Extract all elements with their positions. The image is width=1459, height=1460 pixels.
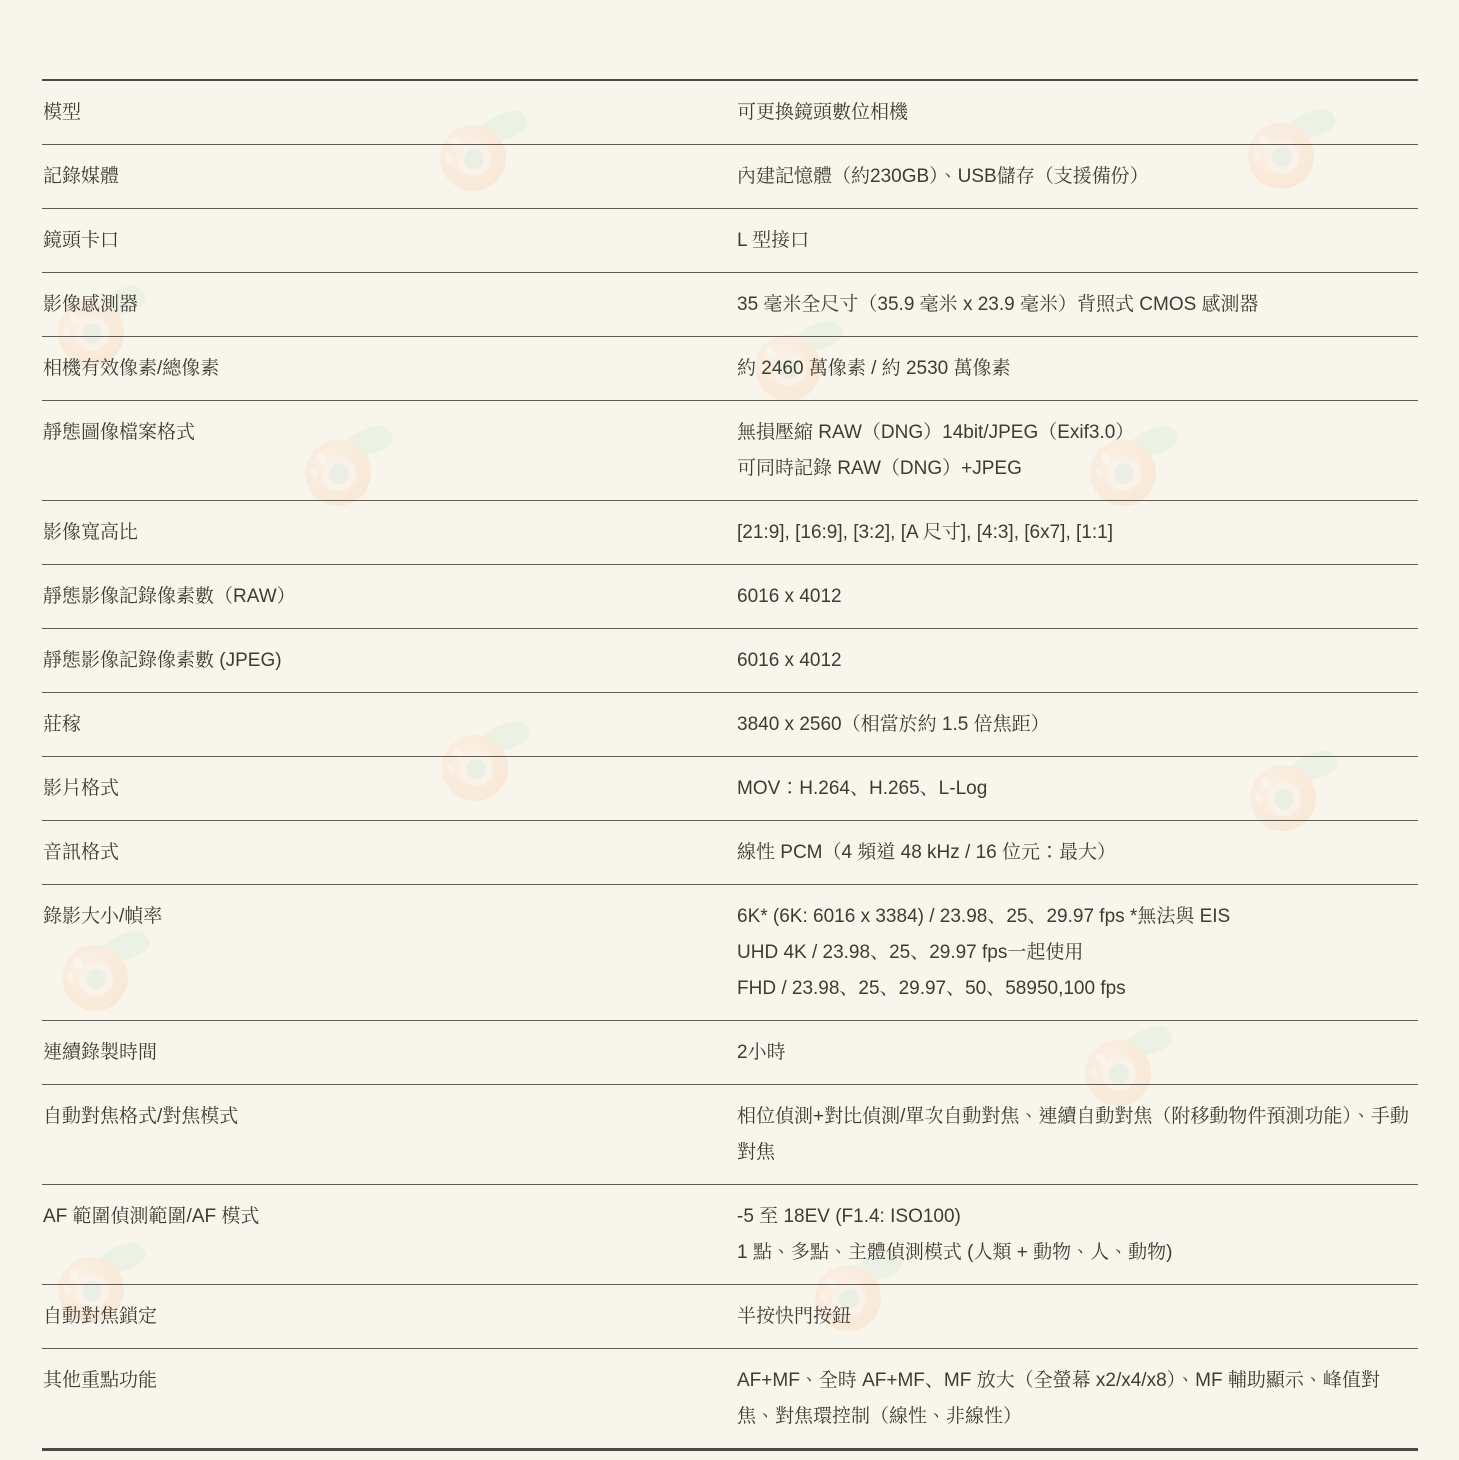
spec-value: 可更換鏡頭數位相機: [737, 80, 1418, 145]
spec-row: 記錄媒體 內建記憶體（約230GB）、USB儲存（支援備份）: [42, 145, 1418, 209]
spec-row: 連續錄製時間 2小時: [42, 1021, 1418, 1085]
spec-label: 相機有效像素/總像素: [42, 337, 737, 401]
spec-value: 3840 x 2560（相當於約 1.5 倍焦距）: [737, 693, 1418, 757]
spec-label: AF 範圍偵測範圍/AF 模式: [42, 1185, 737, 1285]
spec-row: 鏡頭卡口 L 型接口: [42, 209, 1418, 273]
spec-row: 靜態圖像檔案格式 無損壓縮 RAW（DNG）14bit/JPEG（Exif3.0…: [42, 401, 1418, 501]
spec-row: 影片格式 MOV：H.264、H.265、L-Log: [42, 757, 1418, 821]
spec-label: 影像感測器: [42, 273, 737, 337]
spec-value: 半按快門按鈕: [737, 1285, 1418, 1349]
spec-label: 影片格式: [42, 757, 737, 821]
spec-label: 記錄媒體: [42, 145, 737, 209]
spec-table: 模型 可更換鏡頭數位相機 記錄媒體 內建記憶體（約230GB）、USB儲存（支援…: [42, 79, 1418, 1451]
spec-row: 音訊格式 線性 PCM（4 頻道 48 kHz / 16 位元：最大）: [42, 821, 1418, 885]
spec-page: { "page": { "background_color": "#f8f6ec…: [0, 0, 1459, 1460]
spec-label: 模型: [42, 80, 737, 145]
spec-row: 莊稼 3840 x 2560（相當於約 1.5 倍焦距）: [42, 693, 1418, 757]
spec-label: 連續錄製時間: [42, 1021, 737, 1085]
spec-value: 線性 PCM（4 頻道 48 kHz / 16 位元：最大）: [737, 821, 1418, 885]
spec-row: 其他重點功能 AF+MF、全時 AF+MF、MF 放大（全螢幕 x2/x4/x8…: [42, 1349, 1418, 1450]
spec-row: 影像寬高比 [21:9], [16:9], [3:2], [A 尺寸], [4:…: [42, 501, 1418, 565]
spec-row: 自動對焦鎖定 半按快門按鈕: [42, 1285, 1418, 1349]
spec-row: 模型 可更換鏡頭數位相機: [42, 80, 1418, 145]
spec-row: 錄影大小/幀率 6K* (6K: 6016 x 3384) / 23.98、25…: [42, 885, 1418, 1021]
spec-value: AF+MF、全時 AF+MF、MF 放大（全螢幕 x2/x4/x8）、MF 輔助…: [737, 1349, 1418, 1450]
spec-value: 2小時: [737, 1021, 1418, 1085]
spec-label: 影像寬高比: [42, 501, 737, 565]
spec-row: 靜態影像記錄像素數（RAW） 6016 x 4012: [42, 565, 1418, 629]
spec-row: 自動對焦格式/對焦模式 相位偵測+對比偵測/單次自動對焦、連續自動對焦（附移動物…: [42, 1085, 1418, 1185]
spec-label: 鏡頭卡口: [42, 209, 737, 273]
spec-value: 35 毫米全尺寸（35.9 毫米 x 23.9 毫米）背照式 CMOS 感測器: [737, 273, 1418, 337]
spec-value: [21:9], [16:9], [3:2], [A 尺寸], [4:3], [6…: [737, 501, 1418, 565]
spec-value: L 型接口: [737, 209, 1418, 273]
spec-row: 靜態影像記錄像素數 (JPEG) 6016 x 4012: [42, 629, 1418, 693]
spec-label: 自動對焦鎖定: [42, 1285, 737, 1349]
spec-value: 6K* (6K: 6016 x 3384) / 23.98、25、29.97 f…: [737, 885, 1418, 1021]
spec-value: 約 2460 萬像素 / 約 2530 萬像素: [737, 337, 1418, 401]
spec-row: AF 範圍偵測範圍/AF 模式 -5 至 18EV (F1.4: ISO100)…: [42, 1185, 1418, 1285]
spec-label: 靜態影像記錄像素數 (JPEG): [42, 629, 737, 693]
spec-value: -5 至 18EV (F1.4: ISO100) 1 點、多點、主體偵測模式 (…: [737, 1185, 1418, 1285]
spec-value: MOV：H.264、H.265、L-Log: [737, 757, 1418, 821]
spec-label: 錄影大小/幀率: [42, 885, 737, 1021]
spec-value: 6016 x 4012: [737, 565, 1418, 629]
spec-row: 相機有效像素/總像素 約 2460 萬像素 / 約 2530 萬像素: [42, 337, 1418, 401]
spec-value: 相位偵測+對比偵測/單次自動對焦、連續自動對焦（附移動物件預測功能）、手動對焦: [737, 1085, 1418, 1185]
spec-value: 6016 x 4012: [737, 629, 1418, 693]
spec-value: 內建記憶體（約230GB）、USB儲存（支援備份）: [737, 145, 1418, 209]
spec-label: 其他重點功能: [42, 1349, 737, 1450]
spec-label: 自動對焦格式/對焦模式: [42, 1085, 737, 1185]
spec-row: 影像感測器 35 毫米全尺寸（35.9 毫米 x 23.9 毫米）背照式 CMO…: [42, 273, 1418, 337]
spec-label: 音訊格式: [42, 821, 737, 885]
spec-value: 無損壓縮 RAW（DNG）14bit/JPEG（Exif3.0） 可同時記錄 R…: [737, 401, 1418, 501]
spec-label: 靜態影像記錄像素數（RAW）: [42, 565, 737, 629]
spec-label: 莊稼: [42, 693, 737, 757]
spec-label: 靜態圖像檔案格式: [42, 401, 737, 501]
